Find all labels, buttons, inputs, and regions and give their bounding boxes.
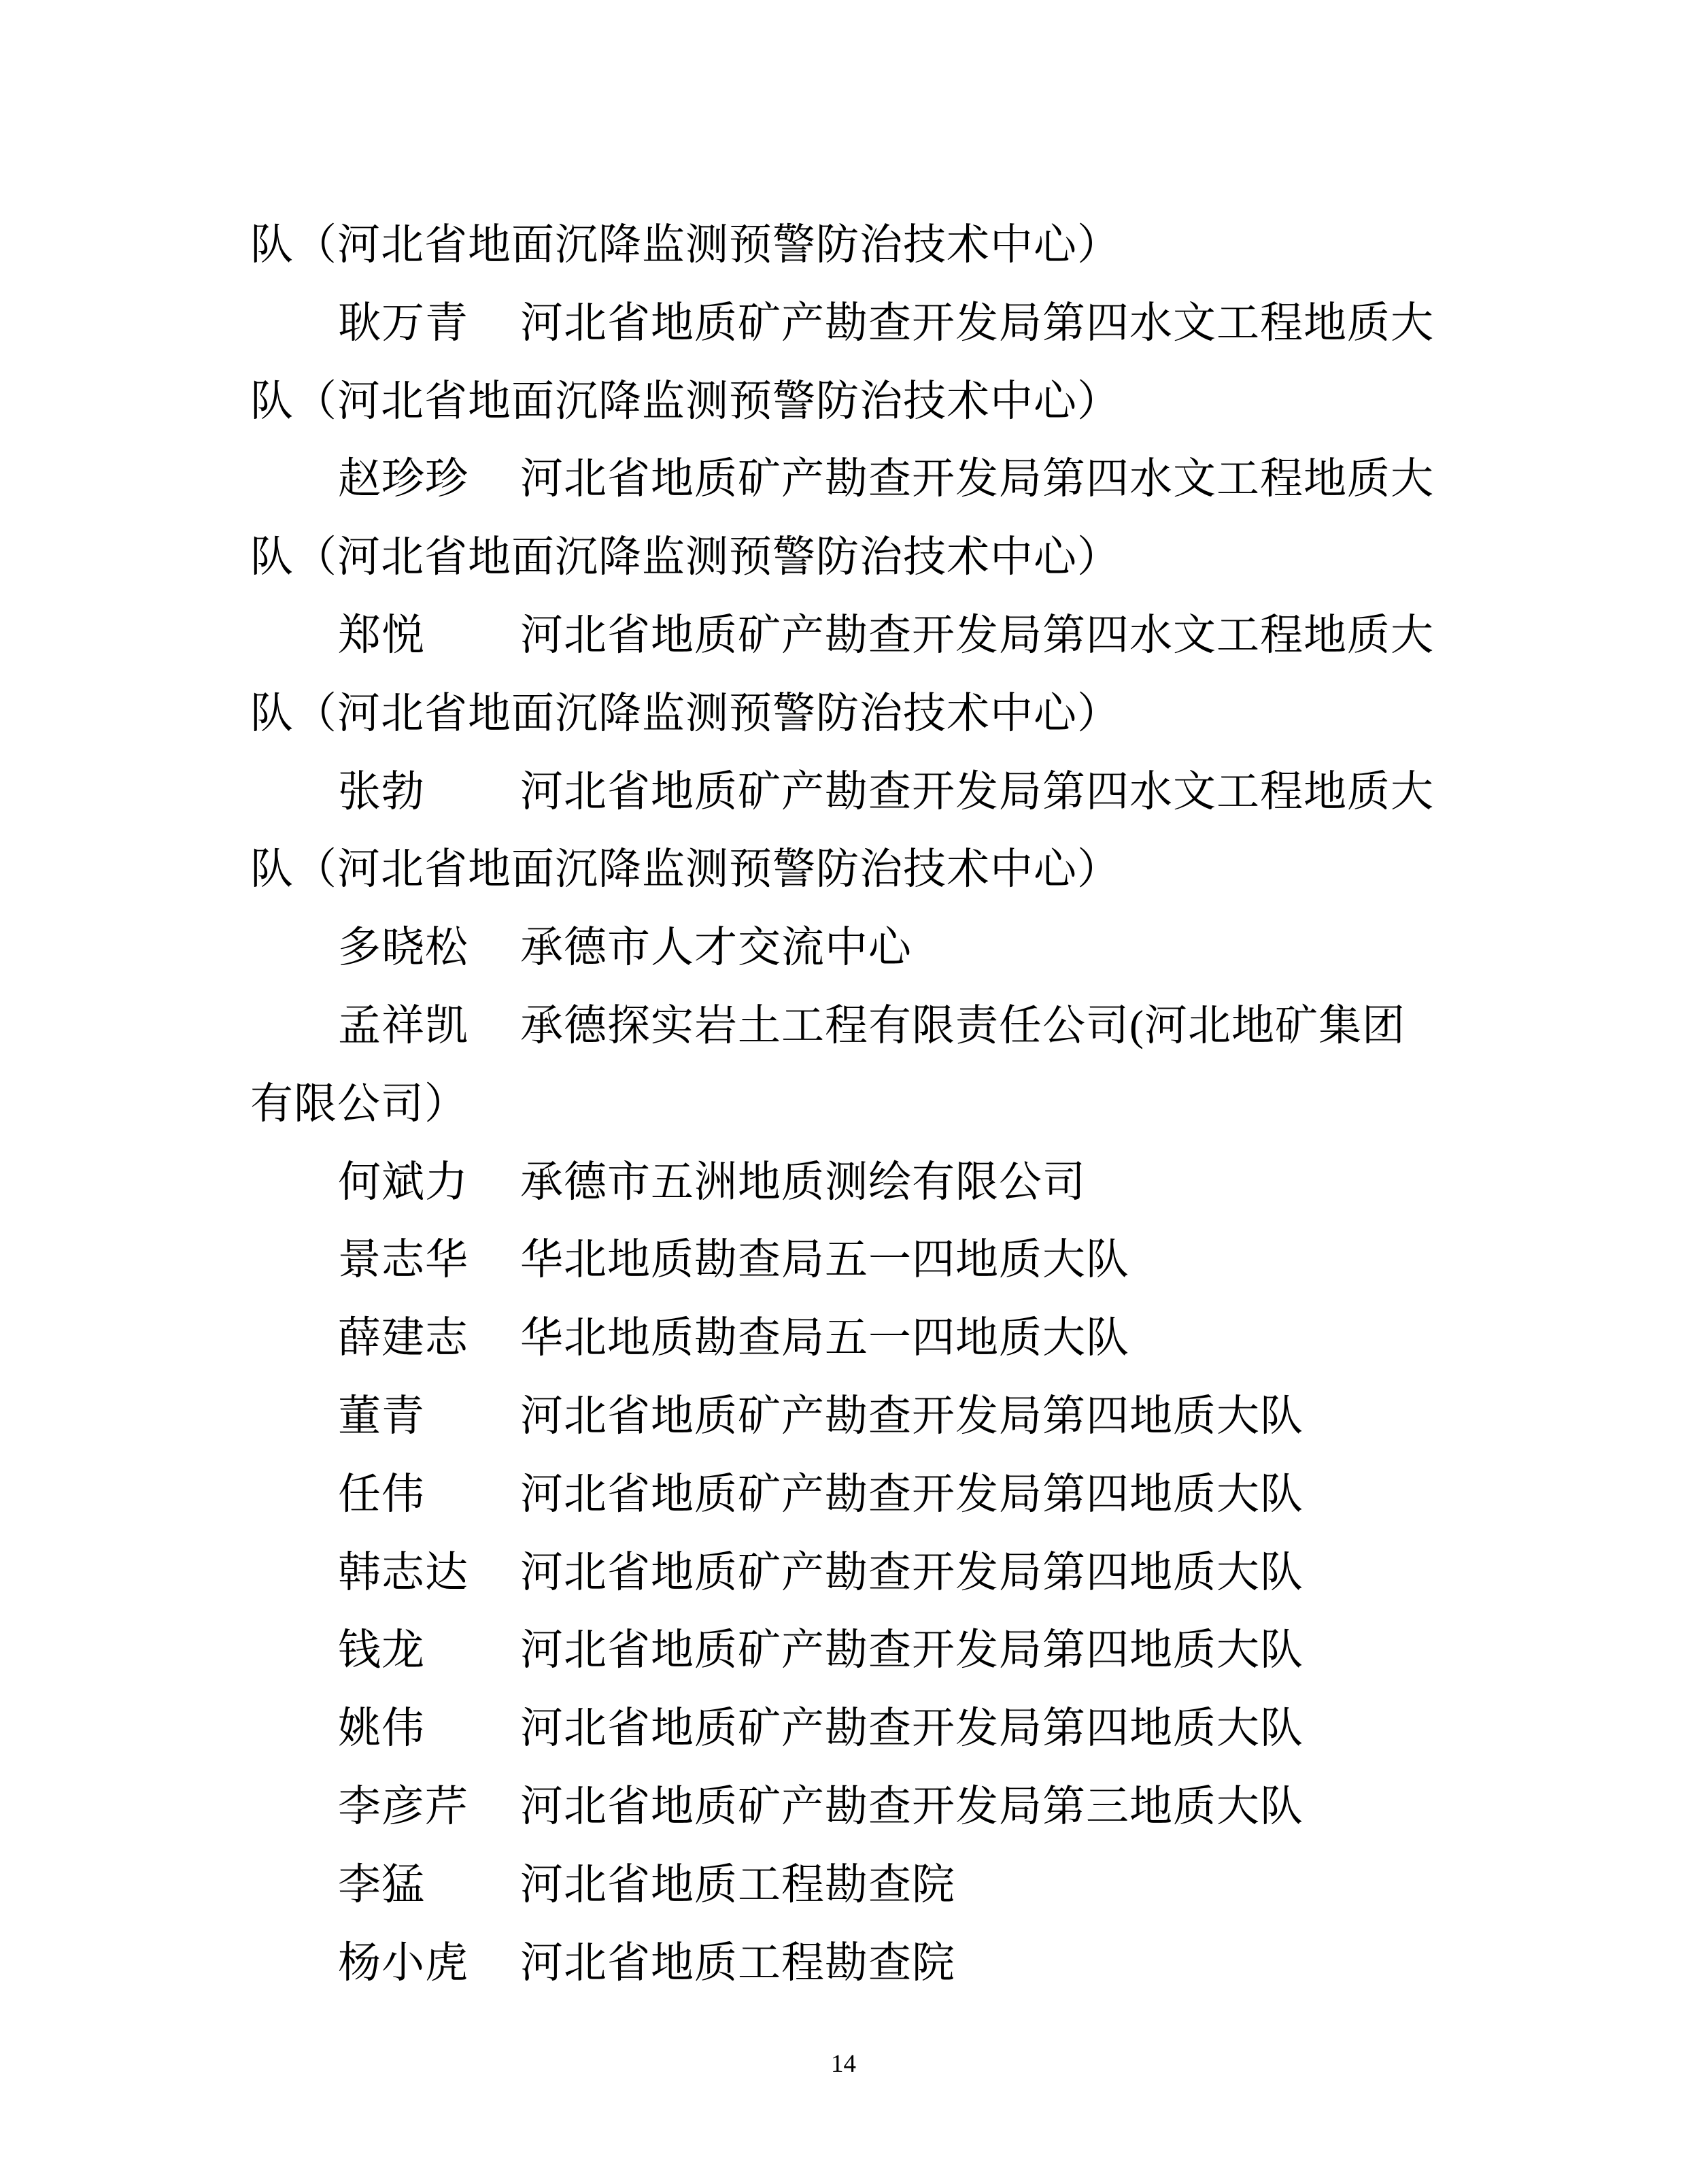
wrapped-line-continuation: 队（河北省地面沉降监测预警防治技术中心） xyxy=(250,206,1454,284)
person-name: 薛建志 xyxy=(338,1299,520,1377)
organization-name: 河北省地质矿产勘查开发局第四地质大队 xyxy=(520,1377,1303,1456)
organization-name: 河北省地质矿产勘查开发局第四地质大队 xyxy=(520,1611,1303,1690)
wrapped-line-continuation: 队（河北省地面沉降监测预警防治技术中心） xyxy=(250,675,1454,753)
list-item: 杨小虎河北省地质工程勘查院 xyxy=(250,1924,1454,2002)
organization-name: 河北省地质矿产勘查开发局第四地质大队 xyxy=(520,1534,1303,1612)
list-item: 钱龙河北省地质矿产勘查开发局第四地质大队 xyxy=(250,1611,1454,1690)
list-item: 韩志达河北省地质矿产勘查开发局第四地质大队 xyxy=(250,1534,1454,1612)
organization-name: 华北地质勘查局五一四地质大队 xyxy=(520,1221,1129,1299)
organization-name: 承德市五洲地质测绘有限公司 xyxy=(520,1143,1086,1222)
list-item: 耿万青河北省地质矿产勘查开发局第四水文工程地质大 xyxy=(250,284,1454,363)
wrapped-line-continuation: 队（河北省地面沉降监测预警防治技术中心） xyxy=(250,518,1454,597)
list-item: 董青河北省地质矿产勘查开发局第四地质大队 xyxy=(250,1377,1454,1456)
organization-name: 河北省地质矿产勘查开发局第三地质大队 xyxy=(520,1768,1303,1846)
person-name: 多晓松 xyxy=(338,909,520,987)
list-item: 薛建志华北地质勘查局五一四地质大队 xyxy=(250,1299,1454,1377)
person-name: 李猛 xyxy=(338,1846,520,1924)
list-item: 景志华华北地质勘查局五一四地质大队 xyxy=(250,1221,1454,1299)
person-name: 耿万青 xyxy=(338,284,520,363)
person-name: 赵珍珍 xyxy=(338,440,520,518)
organization-name: 河北省地质矿产勘查开发局第四地质大队 xyxy=(520,1456,1303,1534)
wrapped-line-continuation: 有限公司） xyxy=(250,1065,1454,1143)
list-item: 赵珍珍河北省地质矿产勘查开发局第四水文工程地质大 xyxy=(250,440,1454,518)
person-name: 孟祥凯 xyxy=(338,987,520,1065)
list-item: 多晓松承德市人才交流中心 xyxy=(250,909,1454,987)
person-name: 韩志达 xyxy=(338,1534,520,1612)
organization-name: 河北省地质矿产勘查开发局第四水文工程地质大 xyxy=(520,753,1434,831)
list-item: 李猛河北省地质工程勘查院 xyxy=(250,1846,1454,1924)
page-number: 14 xyxy=(0,2049,1687,2079)
list-item: 郑悦河北省地质矿产勘查开发局第四水文工程地质大 xyxy=(250,597,1454,675)
list-item: 何斌力承德市五洲地质测绘有限公司 xyxy=(250,1143,1454,1222)
person-name: 李彦芹 xyxy=(338,1768,520,1846)
organization-name: 河北省地质矿产勘查开发局第四水文工程地质大 xyxy=(520,597,1434,675)
list-item: 李彦芹河北省地质矿产勘查开发局第三地质大队 xyxy=(250,1768,1454,1846)
wrapped-line-continuation: 队（河北省地面沉降监测预警防治技术中心） xyxy=(250,363,1454,441)
person-name: 董青 xyxy=(338,1377,520,1456)
person-name: 景志华 xyxy=(338,1221,520,1299)
organization-name: 承德探实岩土工程有限责任公司(河北地矿集团 xyxy=(520,987,1405,1065)
document-page: 队（河北省地面沉降监测预警防治技术中心）耿万青河北省地质矿产勘查开发局第四水文工… xyxy=(0,0,1687,2184)
wrapped-line-continuation: 队（河北省地面沉降监测预警防治技术中心） xyxy=(250,830,1454,909)
organization-name: 河北省地质矿产勘查开发局第四水文工程地质大 xyxy=(520,440,1434,518)
organization-name: 河北省地质矿产勘查开发局第四水文工程地质大 xyxy=(520,284,1434,363)
person-name: 钱龙 xyxy=(338,1611,520,1690)
organization-name: 华北地质勘查局五一四地质大队 xyxy=(520,1299,1129,1377)
person-name: 郑悦 xyxy=(338,597,520,675)
list-item: 张勃河北省地质矿产勘查开发局第四水文工程地质大 xyxy=(250,753,1454,831)
name-org-list: 队（河北省地面沉降监测预警防治技术中心）耿万青河北省地质矿产勘查开发局第四水文工… xyxy=(250,206,1454,2002)
person-name: 何斌力 xyxy=(338,1143,520,1222)
list-item: 孟祥凯承德探实岩土工程有限责任公司(河北地矿集团 xyxy=(250,987,1454,1065)
list-item: 姚伟河北省地质矿产勘查开发局第四地质大队 xyxy=(250,1690,1454,1768)
organization-name: 河北省地质工程勘查院 xyxy=(520,1924,955,2002)
person-name: 杨小虎 xyxy=(338,1924,520,2002)
list-item: 任伟河北省地质矿产勘查开发局第四地质大队 xyxy=(250,1456,1454,1534)
person-name: 张勃 xyxy=(338,753,520,831)
person-name: 任伟 xyxy=(338,1456,520,1534)
organization-name: 河北省地质矿产勘查开发局第四地质大队 xyxy=(520,1690,1303,1768)
organization-name: 河北省地质工程勘查院 xyxy=(520,1846,955,1924)
person-name: 姚伟 xyxy=(338,1690,520,1768)
organization-name: 承德市人才交流中心 xyxy=(520,909,912,987)
